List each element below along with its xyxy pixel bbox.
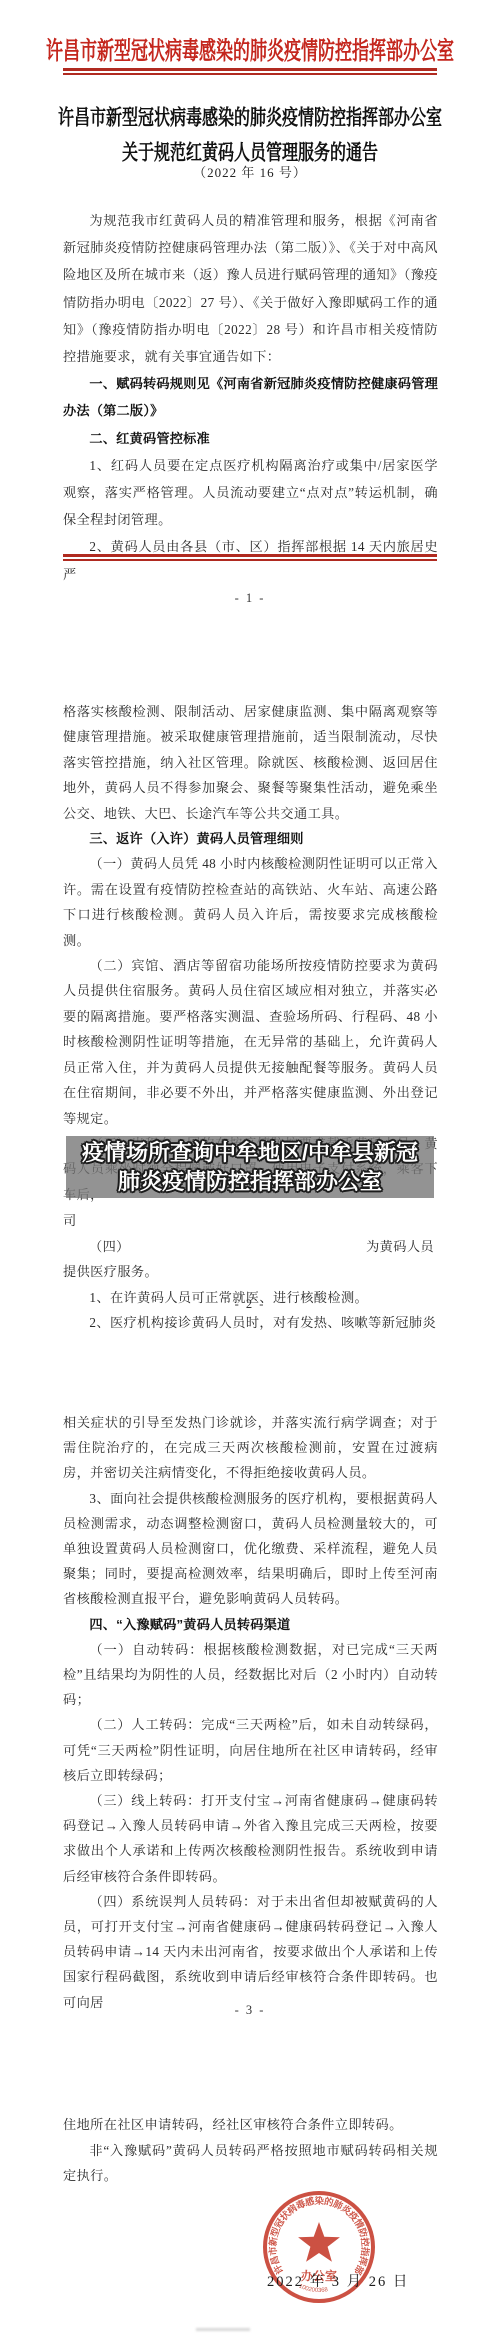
- paragraph: （三）线上转码：打开支付宝→河南省健康码→健康码转码登记→入豫人员转码申请→外省…: [63, 1788, 438, 1889]
- paragraph: （二）宾馆、酒店等留宿功能场所按疫情防控要求为黄码人员提供住宿服务。黄码人员住宿…: [63, 953, 438, 1131]
- doc-title: 许昌市新型冠状病毒感染的肺炎疫情防控指挥部办公室 关于规范红黄码人员管理服务的通…: [0, 101, 500, 171]
- caption-line2: 肺炎疫情防控指挥部办公室: [66, 1167, 434, 1196]
- page-number-1: - 1 -: [0, 591, 500, 606]
- covered-text-fragment: （四）: [89, 1234, 130, 1259]
- paragraph: 3、面向社会提供核酸检测服务的医疗机构，要根据黄码人员检测需求，动态调整检测窗口…: [63, 1486, 438, 1612]
- caption-line1: 疫情场所查询中牟地区/中牟县新冠: [66, 1138, 434, 1167]
- paragraph: 住地所在社区申请转码，经社区审核符合条件立即转码。: [63, 2112, 438, 2138]
- paragraph: （一）黄码人员凭 48 小时内核酸检测阴性证明可以正常入许。需在设置有疫情防控检…: [63, 851, 438, 953]
- paragraph: 提供医疗服务。: [63, 1259, 438, 1284]
- page1-body: 为规范我市红黄码人员的精准管理和服务，根据《河南省新冠肺炎疫情防控健康码管理办法…: [63, 207, 438, 588]
- page4-body: 住地所在社区申请转码，经社区审核符合条件立即转码。 非“入豫赋码”黄码人员转码严…: [63, 2112, 438, 2189]
- red-rule-thin: [63, 73, 437, 75]
- masthead-title: 许昌市新型冠状病毒感染的肺炎疫情防控指挥部办公室: [0, 30, 500, 66]
- page-number-3: - 3 -: [0, 2003, 500, 2018]
- doc-number: （2022 年 16 号）: [0, 162, 500, 181]
- paragraph: 1、红码人员要在定点医疗机构隔离治疗或集中/居家医学观察，落实严格管理。人员流动…: [63, 452, 438, 534]
- page-number-2: - 2 -: [0, 1297, 500, 1312]
- section-heading-3: 三、返许（入许）黄码人员管理细则: [63, 826, 438, 851]
- red-divider-bottom: [63, 554, 437, 561]
- paragraph: 非“入豫赋码”黄码人员转码严格按照地市赋码转码相关规定执行。: [63, 2138, 438, 2189]
- paragraph: 为规范我市红黄码人员的精准管理和服务，根据《河南省新冠肺炎疫情防控健康码管理办法…: [63, 207, 438, 370]
- scan-artifact: [196, 2328, 250, 2331]
- caption-overlay: 疫情场所查询中牟地区/中牟县新冠 肺炎疫情防控指挥部办公室: [66, 1136, 434, 1198]
- section-heading-1: 一、赋码转码规则见《河南省新冠肺炎疫情防控健康码管理办法（第二版）》: [63, 370, 438, 424]
- document-scan: 许昌市新型冠状病毒感染的肺炎疫情防控指挥部办公室 许昌市新型冠状病毒感染的肺炎疫…: [0, 0, 500, 2335]
- red-rule-thick: [63, 68, 437, 71]
- red-divider-top: [63, 68, 437, 75]
- page2-body: 格落实核酸检测、限制活动、居家健康监测、集中隔离观察等健康管理措施。被采取健康管…: [63, 699, 438, 1335]
- paragraph: （二）人工转码：完成“三天两检”后，如未自动转绿码，可凭“三天两检”阴性证明，向…: [63, 1712, 438, 1788]
- page3-body: 相关症状的引导至发热门诊就诊，并落实流行病学调查；对于需住院治疗的，在完成三天两…: [63, 1410, 438, 2015]
- covered-text-region: 司 （四） 为黄码人员: [63, 1207, 438, 1259]
- paragraph: （一）自动转码：根据核酸检测数据，对已完成“三天两检”且结果均为阴性的人员，经数…: [63, 1637, 438, 1713]
- red-rule-thick: [63, 554, 437, 557]
- official-seal: 许昌市新型冠状病毒感染的肺炎疫情防控指挥部 办公室 100200368: [256, 2187, 382, 2317]
- issue-date: 2022 年 3 月 26 日: [267, 2270, 409, 2291]
- paragraph: 相关症状的引导至发热门诊就诊，并落实流行病学调查；对于需住院治疗的，在完成三天两…: [63, 1410, 438, 1486]
- covered-text-fragment: 为黄码人员: [366, 1234, 434, 1259]
- covered-text-fragment: 司: [63, 1208, 77, 1233]
- paragraph: （四）系统误判人员转码：对于未出省但却被赋黄码的人员，可打开支付宝→河南省健康码…: [63, 1889, 438, 2015]
- doc-title-line1: 许昌市新型冠状病毒感染的肺炎疫情防控指挥部办公室: [0, 101, 500, 136]
- seal-star-icon: [298, 2222, 340, 2262]
- section-heading-4: 四、“入豫赋码”黄码人员转码渠道: [63, 1612, 438, 1637]
- paragraph: 格落实核酸检测、限制活动、居家健康监测、集中隔离观察等健康管理措施。被采取健康管…: [63, 699, 438, 826]
- paragraph: 2、医疗机构接诊黄码人员时，对有发热、咳嗽等新冠肺炎: [63, 1310, 438, 1335]
- red-rule-thin: [63, 559, 437, 561]
- section-heading-2: 二、红黄码管控标准: [63, 425, 438, 452]
